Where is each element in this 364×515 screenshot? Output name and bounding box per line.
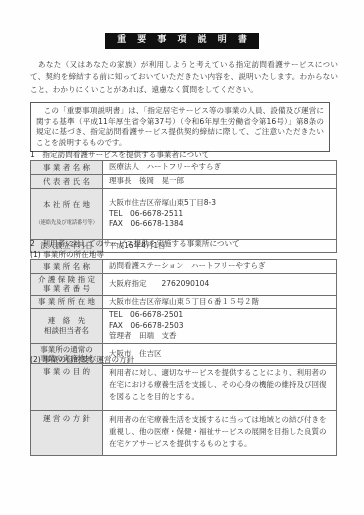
document-title: 重 要 事 項 説 明 書	[105, 33, 259, 49]
row-value: 大阪市 住吉区	[103, 343, 337, 365]
table-row: 連 絡 先 相談担当者名 TEL 06-6678-2501 FAX 06-667…	[31, 309, 337, 344]
row-value: 利用者に対し、適切なサービスを提供することにより、利用者の在宅における療養生活を…	[103, 364, 337, 411]
row-value: 大阪府指定 2762090104	[103, 273, 337, 295]
section1-heading: 1 指定訪問看護サービスを提供する事業者について	[30, 149, 209, 160]
table-row: 本 社 所 在 地 （連絡先及び電話番号等） 大阪市住吉区帝塚山東5丁目8-3 …	[31, 189, 337, 240]
table-row: 事 業 所 名 称 訪問看護ステーション ハートフリーやすらぎ	[31, 260, 337, 274]
table-row: 事 業 者 名 称 医療法人 ハートフリーやすらぎ	[31, 161, 337, 175]
table-row: 事 業 所 所 在 地 大阪市住吉区帝塚山東５丁目６番１５号２階	[31, 295, 337, 309]
row-value: 訪問看護ステーション ハートフリーやすらぎ	[103, 260, 337, 274]
section2-heading: 2 利用者に対してのサービス提供を実施する事業所について	[30, 238, 240, 249]
row-value: 利用者の在宅療養生活を支援するに当っては地域との結び付きを重視し、他の医療・保健…	[103, 411, 337, 456]
row-label: 事 業 の 目 的	[31, 364, 103, 411]
table-row: 介 護 保 険 指 定 事 業 者 番 号 大阪府指定 2762090104	[31, 273, 337, 295]
row-value: TEL 06-6678-2501 FAX 06-6678-2503 管理者 田端…	[103, 309, 337, 344]
row-value: 大阪市住吉区帝塚山東５丁目６番１５号２階	[103, 295, 337, 309]
table-row: 代 表 者 氏 名 理事長 後岡 晃一郎	[31, 175, 337, 189]
row-value: 大阪市住吉区帝塚山東5丁目8-3 TEL 06-6678-2511 FAX 06…	[103, 189, 337, 240]
table-row: 運 営 の 方 針 利用者の在宅療養生活を支援するに当っては地域との結び付きを重…	[31, 411, 337, 456]
document-page: 重 要 事 項 説 明 書 あなた（又はあなたの家族）が利用しようと考えている指…	[0, 0, 364, 515]
row-label: 運 営 の 方 針	[31, 411, 103, 456]
row-label: 代 表 者 氏 名	[31, 175, 103, 189]
row-label-note: （連絡先及び電話番号等）	[33, 219, 100, 229]
row-value: 医療法人 ハートフリーやすらぎ	[103, 161, 337, 175]
row-label: 事 業 所 所 在 地	[31, 295, 103, 309]
row-label: 介 護 保 険 指 定 事 業 者 番 号	[31, 273, 103, 295]
row-label: 事 業 所 名 称	[31, 260, 103, 274]
notice-box: この「重要事項説明書」は、「指定居宅サービス等の事業の人員、設備及び運営に関する…	[30, 102, 330, 152]
office-policy-table: 事 業 の 目 的 利用者に対し、適切なサービスを提供することにより、利用者の在…	[30, 363, 337, 456]
row-label: 本 社 所 在 地 （連絡先及び電話番号等）	[31, 189, 103, 240]
row-label: 事 業 者 名 称	[31, 161, 103, 175]
table-row: 事 業 の 目 的 利用者に対し、適切なサービスを提供することにより、利用者の在…	[31, 364, 337, 411]
intro-paragraph: あなた（又はあなたの家族）が利用しようと考えている指定訪問看護サービスについて、…	[30, 59, 338, 96]
office-location-table: 事 業 所 名 称 訪問看護ステーション ハートフリーやすらぎ 介 護 保 険 …	[30, 259, 337, 366]
row-label: 連 絡 先 相談担当者名	[31, 309, 103, 344]
row-value: 理事長 後岡 晃一郎	[103, 175, 337, 189]
title-container: 重 要 事 項 説 明 書	[0, 27, 364, 49]
row-label-main: 本 社 所 在 地	[33, 200, 100, 210]
